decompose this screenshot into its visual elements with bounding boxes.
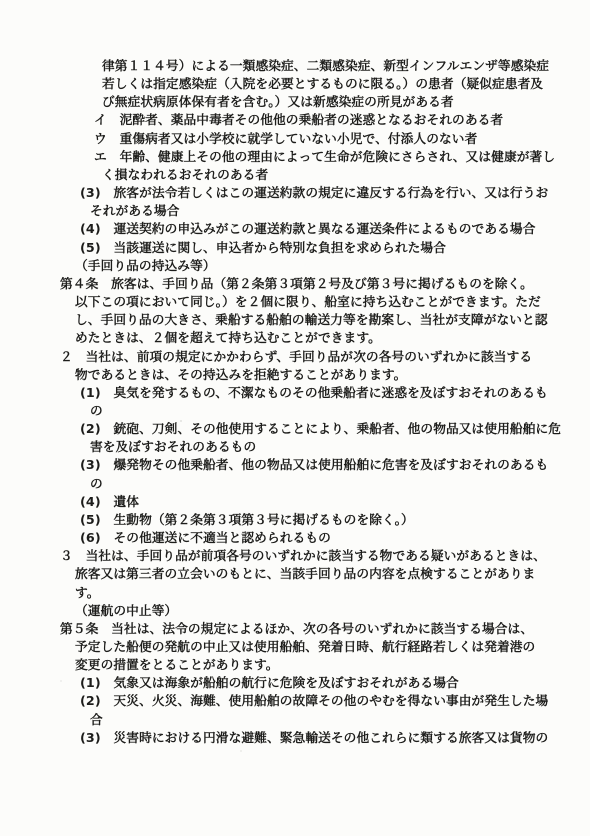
line-sub-item: イ 泥酔者、薬品中毒者その他他の乗船者の迷惑となるおそれのある者: [0, 111, 590, 129]
line-item: (3) 災害時における円滑な避難、緊急輸送その他これらに類する旅客又は貨物の: [0, 729, 590, 747]
line-paragraph: ２ 当社は、前項の規定にかかわらず、手回り品が次の各号のいずれかに該当する: [0, 348, 590, 366]
line-continuation: 若しくは指定感染症（入院を必要とするものに限る。）の患者（疑似症患者及: [0, 75, 590, 93]
line-continuation: く損なわれるおそれのある者: [0, 166, 590, 184]
line-continuation: 以下この項において同じ。）を２個に限り、船室に持ち込むことができます。ただ: [0, 293, 590, 311]
line-continuation: 予定した船便の発航の中止又は使用船舶、発着日時、航行経路若しくは発着港の: [0, 638, 590, 656]
line-article: 第４条 旅客は、手回り品（第２条第３項第２号及び第３号に掲げるものを除く。: [0, 275, 590, 293]
line-caption: （手回り品の持込み等）: [0, 257, 590, 275]
line-continuation: 変更の措置をとることがあります。: [0, 656, 590, 674]
line-continuation: び無症状病原体保有者を含む。）又は新感染症の所見がある者: [0, 93, 590, 111]
line-sub-item: ウ 重傷病者又は小学校に就学していない小児で、付添人のない者: [0, 130, 590, 148]
line-continuation: それがある場合: [0, 202, 590, 220]
line-item: (1) 気象又は海象が船舶の航行に危険を及ぼすおそれがある場合: [0, 674, 590, 692]
scanned-document-page: 律第１１４号）による一類感染症、二類感染症、新型インフルエンザ等感染症若しくは指…: [0, 0, 590, 836]
line-item: (2) 銃砲、刀剣、その他使用することにより、乗船者、他の物品又は使用船舶に危: [0, 420, 590, 438]
line-continuation: 律第１１４号）による一類感染症、二類感染症、新型インフルエンザ等感染症: [0, 57, 590, 75]
line-item: (3) 爆発物その他乗船者、他の物品又は使用船舶に危害を及ぼすおそれのあるも: [0, 456, 590, 474]
line-item: (2) 天災、火災、海難、使用船舶の故障その他のやむを得ない事由が発生した場: [0, 692, 590, 710]
line-item: (4) 運送契約の申込みがこの運送約款と異なる運送条件によるものである場合: [0, 220, 590, 238]
line-continuation: の: [0, 402, 590, 420]
line-item: (1) 臭気を発するもの、不潔なものその他乗船者に迷惑を及ぼすおそれのあるも: [0, 384, 590, 402]
line-item: (3) 旅客が法令若しくはこの運送約款の規定に違反する行為を行い、又は行うお: [0, 184, 590, 202]
line-item: (5) 生動物（第２条第３項第３号に掲げるものを除く。）: [0, 511, 590, 529]
line-item: (4) 遺体: [0, 493, 590, 511]
document-text-block: 律第１１４号）による一類感染症、二類感染症、新型インフルエンザ等感染症若しくは指…: [0, 57, 590, 747]
line-paragraph: ３ 当社は、手回り品が前項各号のいずれかに該当する物である疑いがあるときは、: [0, 547, 590, 565]
line-article: 第５条 当社は、法令の規定によるほか、次の各号のいずれかに該当する場合は、: [0, 620, 590, 638]
line-caption: （運航の中止等）: [0, 602, 590, 620]
line-continuation: す。: [0, 584, 590, 602]
line-continuation: めたときは、２個を超えて持ち込むことができます。: [0, 329, 590, 347]
line-continuation: の: [0, 475, 590, 493]
line-item: (6) その他運送に不適当と認められるもの: [0, 529, 590, 547]
line-continuation: 旅客又は第三者の立会いのもとに、当該手回り品の内容を点検することがありま: [0, 565, 590, 583]
line-continuation: 害を及ぼすおそれのあるもの: [0, 438, 590, 456]
line-continuation: 物であるときは、その持込みを拒絶することがあります。: [0, 366, 590, 384]
line-sub-item: エ 年齢、健康上その他の理由によって生命が危険にさらされ、又は健康が著し: [0, 148, 590, 166]
line-continuation: 合: [0, 711, 590, 729]
line-continuation: し、手回り品の大きさ、乗船する船舶の輸送力等を勘案し、当社が支障がないと認: [0, 311, 590, 329]
line-item: (5) 当該運送に関し、申込者から特別な負担を求められた場合: [0, 239, 590, 257]
